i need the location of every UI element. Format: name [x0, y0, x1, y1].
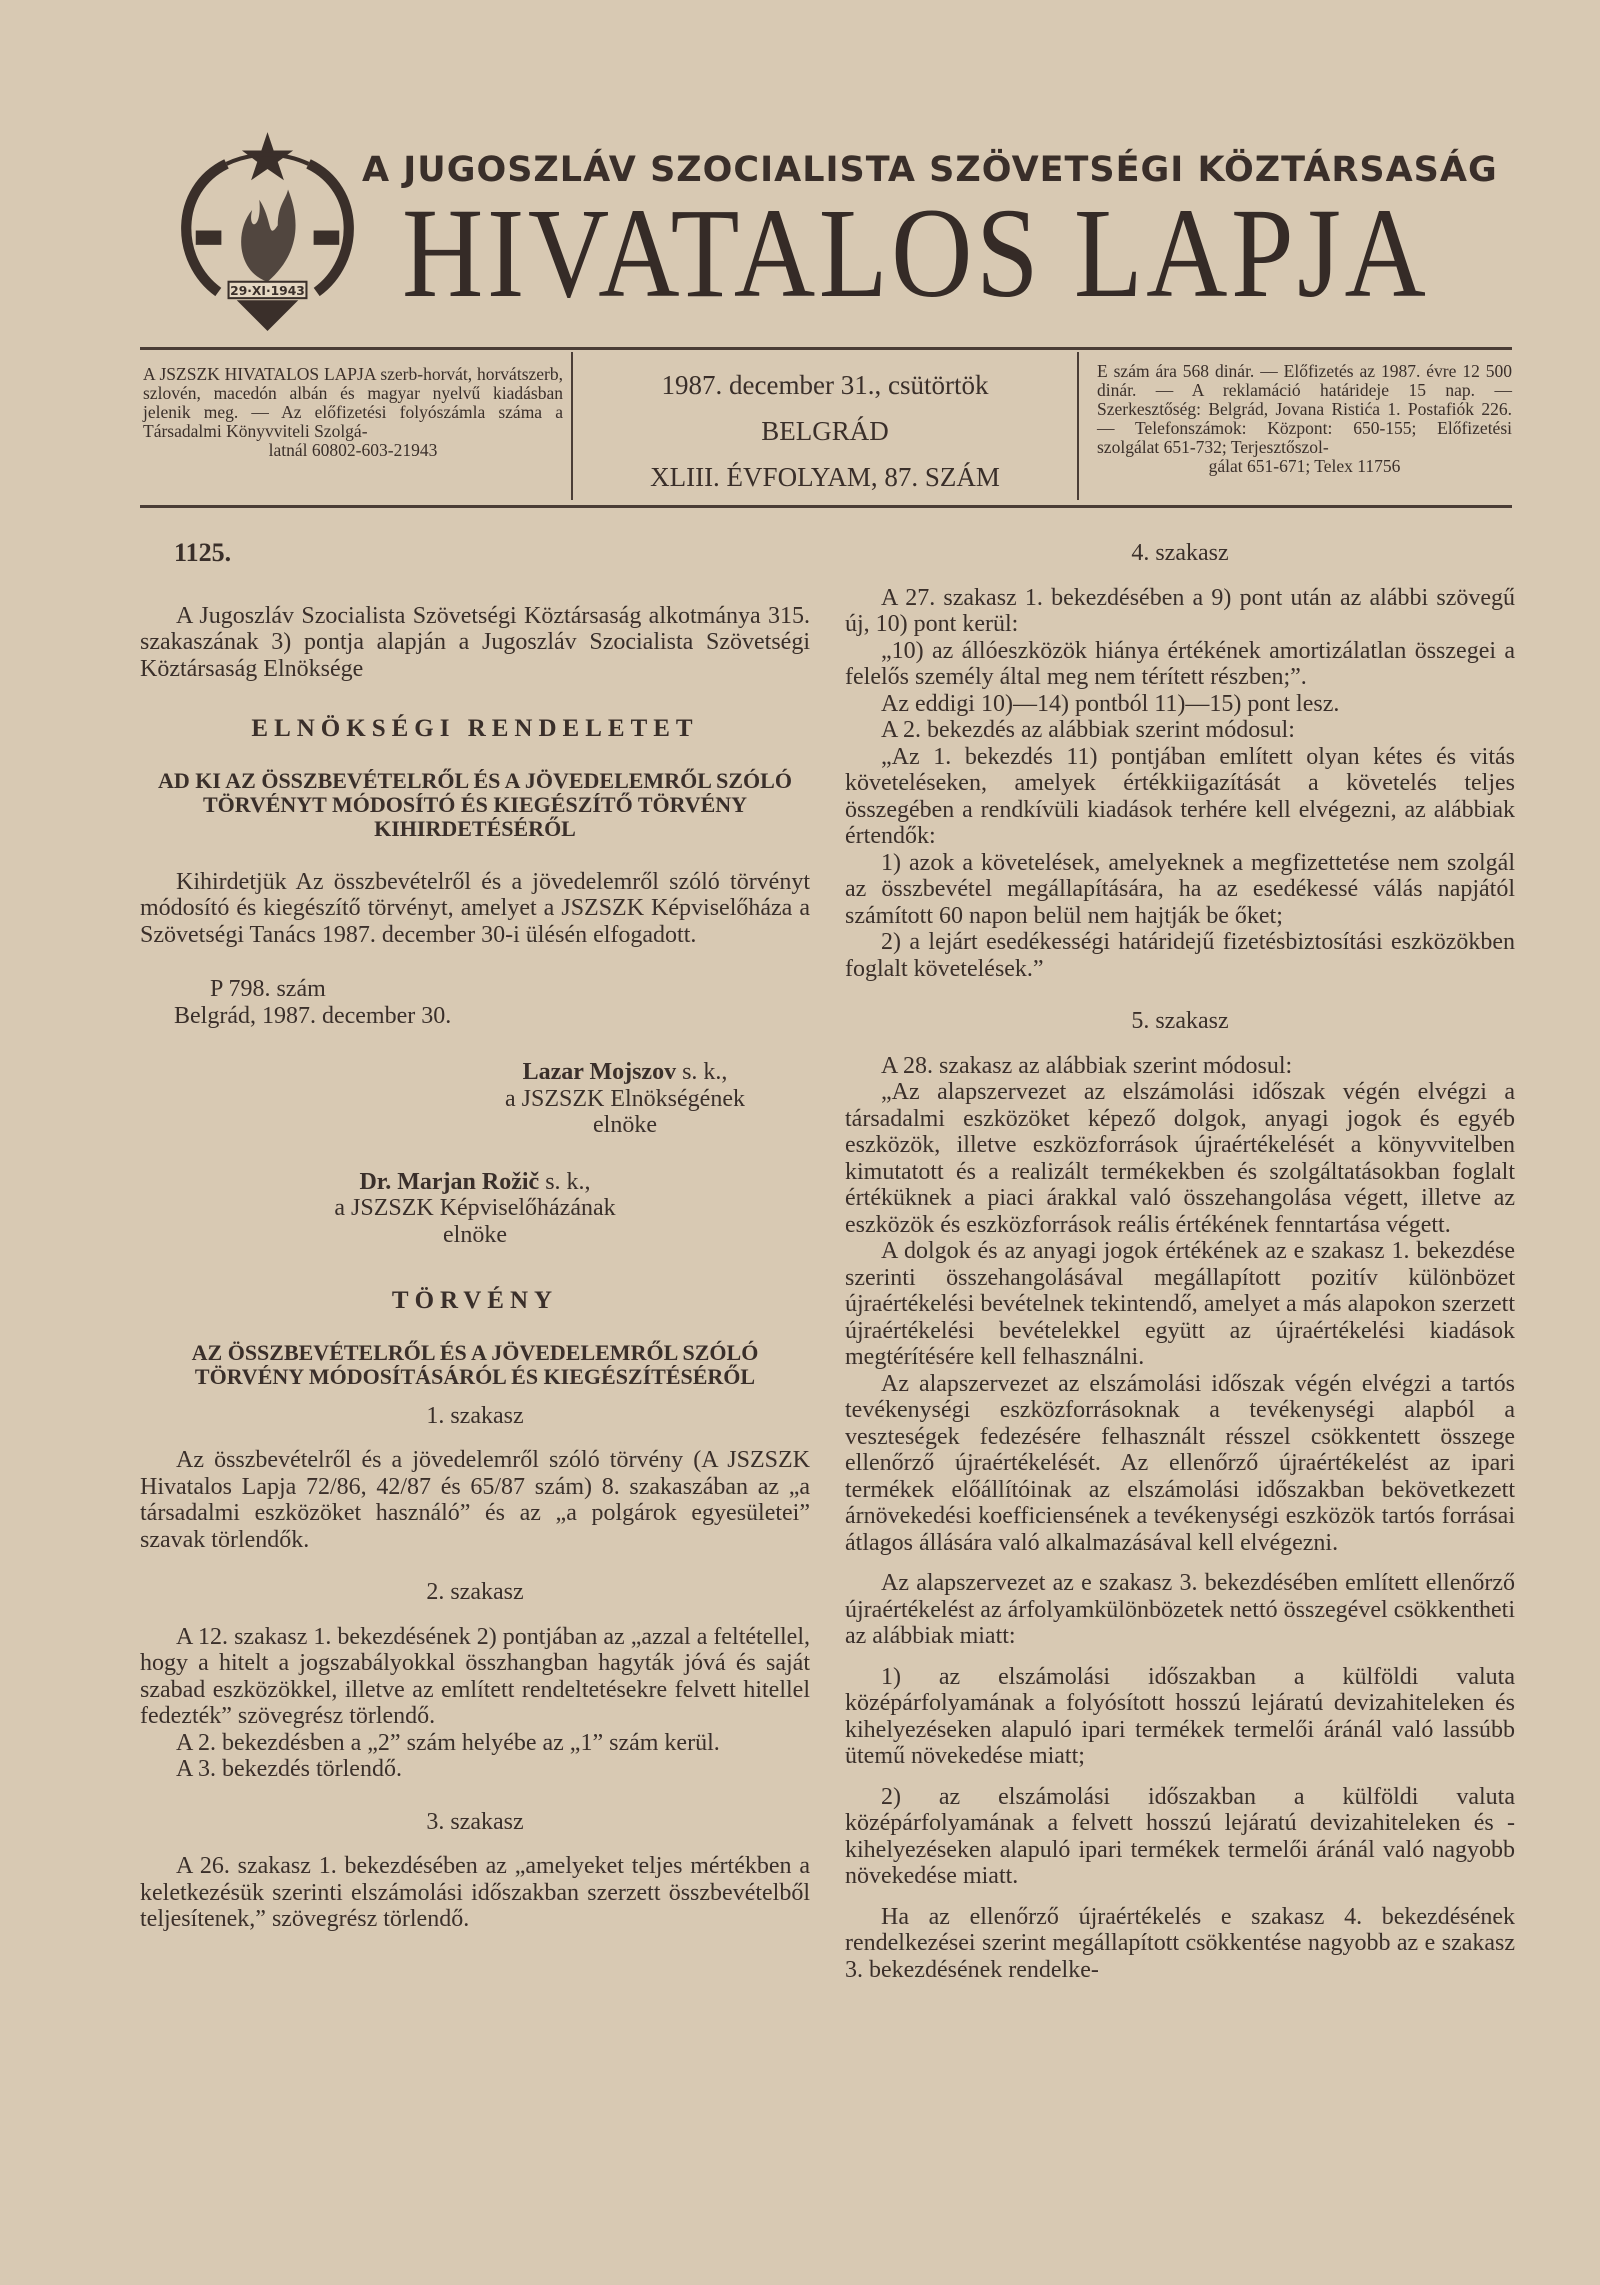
issue-city: BELGRÁD: [590, 408, 1060, 454]
section-paragraph: 2) az elszámolási időszakban a külföldi …: [845, 1784, 1515, 1890]
section-paragraph: „Az alapszervezet az elszámolási időszak…: [845, 1079, 1515, 1238]
section-paragraph: 1) az elszámolási időszakban a külföldi …: [845, 1664, 1515, 1770]
section-paragraph: A 2. bekezdés az alábbiak szerint módosu…: [845, 717, 1515, 744]
section-title: 3. szakasz: [140, 1809, 810, 1836]
masthead-divider: [571, 352, 573, 500]
section-paragraph: A 27. szakasz 1. bekezdésében a 9) pont …: [845, 585, 1515, 638]
signatory-name: Dr. Marjan Rožič: [359, 1169, 539, 1195]
section-paragraph: „10) az állóeszközök hiánya értékének am…: [845, 638, 1515, 691]
issue-info: 1987. december 31., csütörtök BELGRÁD XL…: [590, 362, 1060, 500]
law-heading: TÖRVÉNY: [140, 1288, 810, 1315]
decree-subheading: AD KI AZ ÖSSZBEVÉTELRŐL ÉS A JÖVEDELEMRŐ…: [140, 769, 810, 841]
masthead-rule-bottom: [140, 505, 1512, 508]
masthead-rule-top: [140, 347, 1512, 350]
section-paragraph: A 12. szakasz 1. bekezdésének 2) pontjáb…: [140, 1624, 810, 1730]
section-title: 2. szakasz: [140, 1579, 810, 1606]
decree-number: 1125.: [174, 540, 810, 567]
state-emblem-icon: 29·XI·1943: [165, 128, 370, 333]
reference-block: P 798. szám Belgrád, 1987. december 30.: [174, 976, 810, 1029]
preamble: A Jugoszláv Szocialista Szövetségi Köztá…: [140, 603, 810, 683]
left-column: 1125. A Jugoszláv Szocialista Szövetségi…: [140, 540, 810, 1933]
reference-number: P 798. szám: [210, 976, 810, 1003]
section-paragraph: Az eddigi 10)—14) pontból 11)—15) pont l…: [845, 691, 1515, 718]
section-paragraph: „Az 1. bekezdés 11) pontjában említett o…: [845, 744, 1515, 850]
section-title: 1. szakasz: [140, 1403, 810, 1430]
right-column: 4. szakasz A 27. szakasz 1. bekezdésében…: [845, 540, 1515, 1983]
section-paragraph: Az összbevételről és a jövedelemről szól…: [140, 1447, 810, 1553]
section-title: 4. szakasz: [845, 540, 1515, 567]
section-paragraph: 1) azok a követelések, amelyeknek a megf…: [845, 850, 1515, 930]
signature-block: Dr. Marjan Rožič s. k., a JSZSZK Képvise…: [290, 1169, 660, 1249]
section-paragraph: Az alapszervezet az e szakasz 3. bekezdé…: [845, 1570, 1515, 1650]
section-paragraph: A 28. szakasz az alábbiak szerint módosu…: [845, 1053, 1515, 1080]
subscription-info: E szám ára 568 dinár. — Előfizetés az 19…: [1097, 362, 1512, 476]
masthead-divider: [1077, 352, 1079, 500]
publication-info: A JSZSZK HIVATALOS LAPJA szerb-horvát, h…: [143, 365, 563, 460]
promulgation-text: Kihirdetjük Az összbevételről és a jöved…: [140, 869, 810, 949]
section-paragraph: A 2. bekezdésben a „2” szám helyébe az „…: [140, 1730, 810, 1757]
section-title: 5. szakasz: [845, 1008, 1515, 1035]
place-date: Belgrád, 1987. december 30.: [174, 1003, 810, 1030]
section-paragraph: A dolgok és az anyagi jogok értékének az…: [845, 1238, 1515, 1371]
signatory-name: Lazar Mojszov: [523, 1059, 677, 1085]
issue-date: 1987. december 31., csütörtök: [590, 362, 1060, 408]
section-paragraph: A 26. szakasz 1. bekezdésében az „amelye…: [140, 1853, 810, 1933]
svg-text:29·XI·1943: 29·XI·1943: [230, 284, 305, 298]
publication-title: HIVATALOS LAPJA: [402, 178, 1379, 328]
section-paragraph: Az alapszervezet az elszámolási időszak …: [845, 1371, 1515, 1557]
issue-volume: XLIII. ÉVFOLYAM, 87. SZÁM: [590, 454, 1060, 500]
section-paragraph: A 3. bekezdés törlendő.: [140, 1756, 810, 1783]
section-paragraph: 2) a lejárt esedékességi határidejű fize…: [845, 929, 1515, 982]
section-paragraph: Ha az ellenőrző újraértékelés e szakasz …: [845, 1904, 1515, 1984]
gazette-page: 29·XI·1943 A JUGOSZLÁV SZOCIALISTA SZÖVE…: [0, 0, 1600, 2285]
signature-block: Lazar Mojszov s. k., a JSZSZK Elnökségén…: [440, 1059, 810, 1139]
decree-heading: ELNÖKSÉGI RENDELETET: [140, 716, 810, 743]
law-subheading: AZ ÖSSZBEVÉTELRŐL ÉS A JÖVEDELEMRŐL SZÓL…: [140, 1341, 810, 1389]
